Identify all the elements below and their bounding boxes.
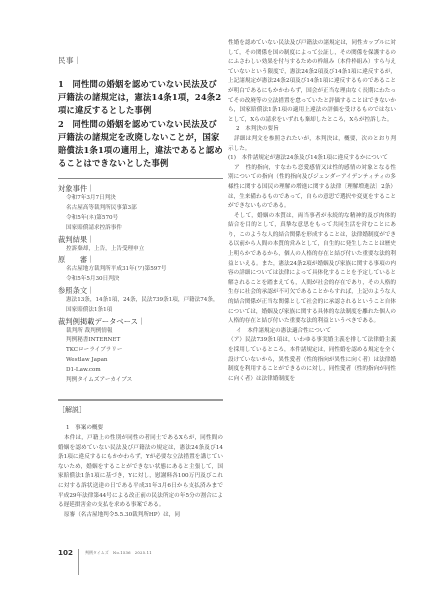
databases-label: 裁判例掲載データベース｜ [58, 316, 223, 327]
case-line: 令和5年(ネ)第570号 [66, 214, 223, 224]
right-column-body: 性婚を認めていない民法及び戸籍法の諸規定は，同性カップルに対して，その関係を国の… [228, 39, 396, 384]
paragraph: 性婚を認めていない民法及び戸籍法の諸規定は，同性カップルに対して，その関係を国の… [228, 39, 396, 125]
commentary-label: ［解説］ [58, 405, 223, 415]
database-item: D1-Law.com [66, 366, 223, 376]
footer-divider [78, 549, 79, 575]
case-line: 国家賠償請求控訴事件 [66, 224, 223, 234]
publication-info: 判例タイムズ No.1536 2025.11 [85, 550, 152, 556]
database-item: Westlaw Japan [66, 356, 223, 366]
original-label: 原 審｜ [58, 254, 223, 265]
case-info: 対象事件｜ 令和7年3月7日判決 名古屋高等裁判所民事第3部 令和5年(ネ)第5… [58, 183, 223, 385]
right-column: 性婚を認めていない民法及び戸籍法の諸規定は，同性カップルに対して，その関係を国の… [228, 39, 396, 384]
databases-value: 裁判所 裁判例情報 判例秘書INTERNET TKCローライブラリー Westl… [66, 327, 223, 386]
section-2-heading: 2 本判決の要旨 [228, 125, 396, 135]
database-item: 判例タイムズアーカイブス [66, 376, 223, 386]
articles-value: 憲法13条，14条1項，24条，民法739条1項，戸籍法74条，国家賠償法1条1… [66, 296, 223, 316]
database-item: 判例秘書INTERNET [66, 336, 223, 346]
database-item: TKCローライブラリー [66, 346, 223, 356]
section-tag: 民事｜ [58, 55, 223, 66]
original-line: 名古屋地方裁判所平成31年(ワ)第597号 [66, 265, 223, 275]
headline-item-1: 1 同性間の婚姻を認めていない民法及び戸籍法の諸規定は，憲法14条1項，24条2… [58, 78, 223, 118]
result-value: 控訴棄却，上告，上告受理申立 [66, 245, 223, 255]
paragraph: 本件は，戸籍上の性別が同性の者同士であるXらが，同性間の婚姻を認めていない民法及… [58, 434, 223, 511]
case-line: 名古屋高等裁判所民事第3部 [66, 204, 223, 214]
subsection-heading: イ 本件諸規定の憲法適合性について [228, 327, 396, 337]
section-1-heading: 1 事案の概要 [66, 424, 223, 434]
original-line: 令和5年5月30日判決 [66, 275, 223, 285]
page-number: 102 [58, 548, 73, 557]
paragraph: 詳細は判文を参照されたいが，本判決は，概要，次のとおり判示した。 [228, 135, 396, 154]
page-footer: 102 判例タイムズ No.1536 2025.11 [58, 548, 152, 575]
section-1-body: 本件は，戸籍上の性別が同性の者同士であるXらが，同性間の婚姻を認めていない民法及… [58, 434, 223, 520]
articles-line: 憲法13条，14条1項，24条，民法739条1項，戸籍法74条，国家賠償法1条1… [66, 296, 223, 316]
divider [58, 178, 223, 179]
original-value: 名古屋地方裁判所平成31年(ワ)第597号 令和5年5月30日判決 [66, 265, 223, 285]
paragraph: ア 性的指向，すなわち恋愛感情又は性的感情の対象となる性別についての指向（性的指… [228, 164, 396, 212]
case-line: 令和7年3月7日判決 [66, 194, 223, 204]
commentary-divider [58, 399, 223, 401]
headline-item-2: 2 同性間の婚姻を認めていない民法及び戸籍法の諸規定を改廃しないことが，国家賠償… [58, 118, 223, 171]
database-item: 裁判所 裁判例情報 [66, 327, 223, 337]
articles-label: 参照条文｜ [58, 285, 223, 296]
case-label: 対象事件｜ [58, 183, 223, 194]
headline: 1 同性間の婚姻を認めていない民法及び戸籍法の諸規定は，憲法14条1項，24条2… [58, 78, 223, 170]
result-line: 控訴棄却，上告，上告受理申立 [66, 245, 223, 255]
paragraph: 原審（名古屋地判令5.5.30裁判所HP）は，同 [58, 511, 223, 521]
result-label: 裁判結果｜ [58, 234, 223, 245]
paragraph: （ア）民法739条1項は，いわゆる事実婚主義を排して法律婚主義を採用しているとこ… [228, 336, 396, 384]
subsection-heading: (1) 本件諸規定が憲法24条及び14条1項に違反するかについて [228, 154, 396, 164]
left-column: 民事｜ 1 同性間の婚姻を認めていない民法及び戸籍法の諸規定は，憲法14条1項，… [58, 55, 223, 520]
case-value: 令和7年3月7日判決 名古屋高等裁判所民事第3部 令和5年(ネ)第570号 国家… [66, 194, 223, 233]
paragraph: そして，婚姻の本質は，両当事者が永続的な精神的及び肉体的結合を目的として，真摯な… [228, 212, 396, 327]
